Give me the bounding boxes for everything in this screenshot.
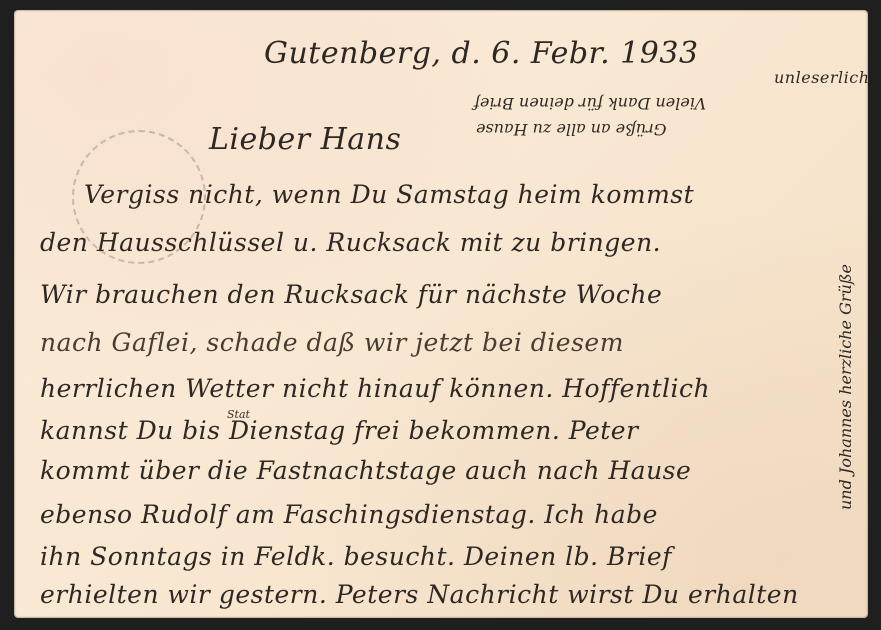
body-line: kannst Du bis Dienstag frei bekommen. Pe… <box>40 416 639 445</box>
upside-down-line: Grüße an alle zu Hause <box>476 120 667 139</box>
place-date-header: Gutenberg, d. 6. Febr. 1933 <box>264 36 699 71</box>
body-line: Wir brauchen den Rucksack für nächste Wo… <box>40 280 662 309</box>
margin-scribble: unleserlich <box>774 68 868 87</box>
body-line: ebenso Rudolf am Faschingsdienstag. Ich … <box>40 500 658 529</box>
vertical-margin-note: und Johannes herzliche Grüße <box>836 264 855 510</box>
body-line: nach Gaflei, schade daß wir jetzt bei di… <box>40 328 624 357</box>
body-line: ihn Sonntags in Feldk. besucht. Deinen l… <box>40 542 672 571</box>
body-line: den Hausschlüssel u. Rucksack mit zu bri… <box>40 228 661 257</box>
body-line: erhielten wir gestern. Peters Nachricht … <box>40 580 799 609</box>
postcard: Gutenberg, d. 6. Febr. 1933 unleserlich … <box>14 10 868 618</box>
body-line: kommt über die Fastnachtstage auch nach … <box>40 456 691 485</box>
viewer-background: Gutenberg, d. 6. Febr. 1933 unleserlich … <box>0 0 881 630</box>
salutation: Lieber Hans <box>209 122 401 157</box>
body-line: herrlichen Wetter nicht hinauf können. H… <box>40 374 710 403</box>
upside-down-line: Vielen Dank für deinen Brief <box>474 94 706 113</box>
body-line: Vergiss nicht, wenn Du Samstag heim komm… <box>84 180 694 209</box>
